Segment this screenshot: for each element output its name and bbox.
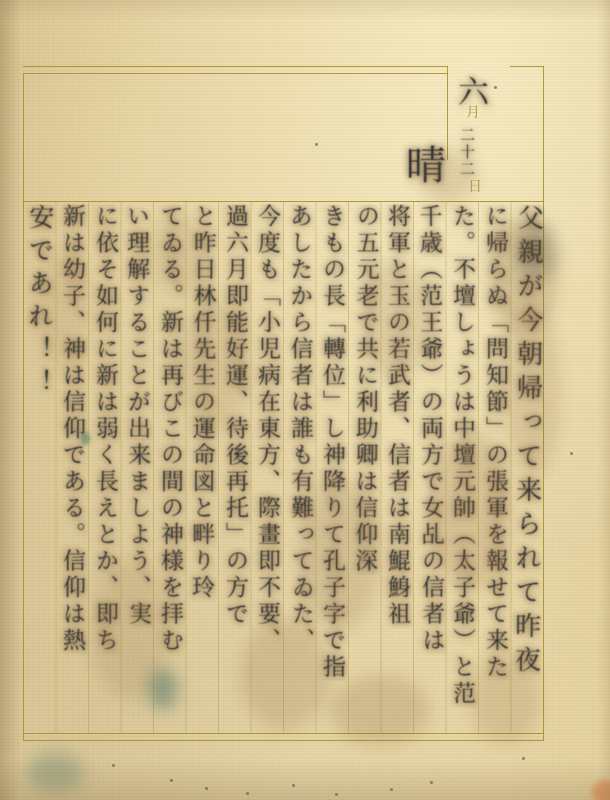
speck bbox=[390, 788, 393, 791]
text-column-14: に依そ如何に新は弱く長えとか、即ち bbox=[88, 204, 121, 655]
text-column-3: た。不壇しょうは中壇元帥（太子爺）と范 bbox=[445, 204, 478, 708]
speck bbox=[570, 452, 573, 455]
speck bbox=[335, 793, 338, 796]
orange-stain bbox=[592, 780, 610, 800]
text-column-10: 過六月即能好運、待後再托」の方で bbox=[218, 204, 251, 628]
frame-top-inner-line bbox=[23, 73, 447, 74]
speck bbox=[246, 792, 249, 795]
text-column-2: に帰らぬ「問知節」の張軍を報せて来た bbox=[478, 204, 511, 681]
text-column-6: の五元老で共に利助卿は信仰深 bbox=[347, 204, 382, 575]
text-column-4: 千歳（范王爺）の両方で女乩の信者は bbox=[411, 204, 447, 655]
text-column-16: 安であれ！！ bbox=[22, 204, 57, 402]
handwritten-weather: 晴 bbox=[406, 146, 446, 186]
text-column-1: 父親が今朝帰って来られて昨夜 bbox=[508, 204, 544, 680]
speck bbox=[430, 781, 433, 784]
handwritten-day: 二十二 bbox=[455, 127, 479, 178]
text-column-7: きもの長「轉位」し神降りて孔子字で指 bbox=[315, 204, 348, 681]
diary-page-scan: 六 月 二十二 日 晴 父親が今朝帰って来られて昨夜 に帰らぬ「問知節」の張軍を… bbox=[0, 0, 610, 800]
text-column-8: あしたから信者は誰も有難ってゐた、 bbox=[282, 204, 317, 655]
blue-ink-smudge bbox=[26, 752, 84, 792]
printed-month-label: 月 bbox=[466, 106, 480, 120]
frame-top-line-left bbox=[23, 66, 447, 67]
text-column-13: い理解することが出来ましよう、実 bbox=[119, 204, 154, 628]
grid-bottom-line-2 bbox=[23, 740, 544, 741]
date-column-line bbox=[447, 66, 448, 160]
frame-top-line-right bbox=[510, 66, 544, 67]
speck bbox=[315, 143, 318, 146]
grid-bottom-line bbox=[23, 733, 544, 734]
speck bbox=[205, 787, 208, 790]
text-column-9: 今度も「小児病在東方、際畫即不要、 bbox=[250, 204, 283, 655]
speck bbox=[170, 779, 173, 782]
speck bbox=[494, 86, 497, 89]
text-column-12: てゐる。新は再びこの間の神様を拝む bbox=[153, 204, 186, 655]
printed-day-label: 日 bbox=[468, 180, 482, 194]
speck bbox=[292, 784, 295, 787]
speck bbox=[112, 764, 115, 767]
text-column-15: 新は幼子、神は信仰である。信仰は熱 bbox=[55, 204, 88, 655]
text-column-5: 将軍と玉の若武者、信者は南鯤鯓祖 bbox=[380, 204, 413, 628]
text-column-11: と昨日林仟先生の運命図と畔り玲 bbox=[184, 204, 219, 602]
speck bbox=[522, 757, 525, 760]
